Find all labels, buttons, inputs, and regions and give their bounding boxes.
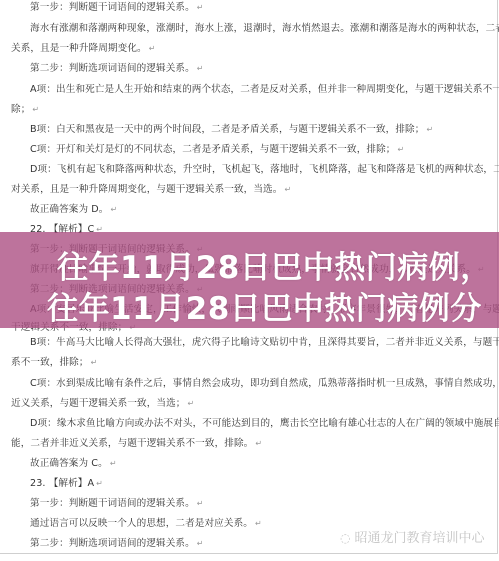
paragraph-mark-icon: ↵ [188, 399, 195, 408]
document-line-text: 海水有涨潮和落潮两种现象，涨潮时，海水上涨，退潮时，海水悄然退去。涨潮和潮落是海… [30, 23, 499, 34]
document-line: 第二步：判断选项词语间的逻辑关系。↵ [30, 538, 204, 550]
document-line: 除；↵ [11, 104, 39, 116]
document-line-text: 通过语言可以反映一个人的思想，二者是对应关系。 [30, 518, 253, 529]
paragraph-mark-icon: ↵ [149, 44, 156, 53]
document-line: 第一步：判断题干词语间的逻辑关系。↵ [30, 498, 204, 510]
document-line-text: D项：缘木求鱼比喻方向或办法不对头，不可能达到目的，鹰击长空比喻有雄心壮志的人在… [30, 418, 499, 429]
document-line-text: 近义关系，与题干逻辑关系一致，当选； [11, 398, 186, 409]
document-line: 系不一致，排除；↵ [11, 357, 97, 369]
document-line: B项：白天和黑夜是一天中的两个时间段，二者是矛盾关系，与题干逻辑关系不一致，排除… [30, 124, 433, 136]
document-line-text: 第二步：判断选项词语间的逻辑关系。 [30, 538, 195, 549]
document-line: D项：缘木求鱼比喻方向或办法不对头，不可能达到目的，鹰击长空比喻有雄心壮志的人在… [30, 418, 499, 430]
document-line: 23. 【解析】A↵ [30, 478, 103, 490]
paragraph-mark-icon: ↵ [111, 205, 118, 214]
paragraph-mark-icon: ↵ [197, 499, 204, 508]
document-line-text: B项：白天和黑夜是一天中的两个时间段，二者是矛盾关系，与题干逻辑关系不一致，排除… [30, 124, 424, 135]
document-line: 对关系，且是一种升降周期变化，与题干逻辑关系一致，当选。↵ [11, 184, 291, 196]
document-line-text: 23. 【解析】A [30, 478, 94, 489]
document-line: 能，二者并非近义关系，与题干逻辑关系不一致，排除。↵ [11, 438, 262, 450]
paragraph-mark-icon: ↵ [255, 439, 262, 448]
paragraph-mark-icon: ↵ [197, 539, 204, 548]
document-line-text: B项：牛高马大比喻人长得高大强壮，虎穴得子比喻诗文贴切中肯，且深得其要旨，二者并… [30, 337, 499, 348]
paragraph-mark-icon: ↵ [96, 479, 103, 488]
paragraph-mark-icon: ↵ [397, 145, 404, 154]
document-line-text: 关系，且是一种升降周期变化。 [11, 43, 147, 54]
document-line-text: C项：水到渠成比喻有条件之后，事情自然会成功，即功到自然成，瓜熟蒂落指时机一旦成… [30, 378, 499, 389]
document-line: 关系，且是一种升降周期变化。↵ [11, 43, 156, 55]
document-line: 第一步：判断题干词语间的逻辑关系。↵ [30, 2, 204, 14]
paragraph-mark-icon: ↵ [110, 459, 117, 468]
wechat-icon: ◌ [340, 531, 350, 545]
paragraph-mark-icon: ↵ [255, 519, 262, 528]
document-line-text: 故正确答案为 D。 [30, 204, 109, 215]
document-line: 海水有涨潮和落潮两种现象，涨潮时，海水上涨，退潮时，海水悄然退去。涨潮和潮落是海… [30, 23, 499, 35]
paragraph-mark-icon: ↵ [32, 105, 39, 114]
paragraph-mark-icon: ↵ [197, 64, 204, 73]
document-line-text: D项：飞机有起飞和降落两种状态，升空时，飞机起飞，落地时，飞机降落，起飞和降落是… [30, 164, 499, 175]
paragraph-mark-icon: ↵ [284, 185, 291, 194]
watermark-text: 昭通龙门教育培训中心 [354, 531, 484, 546]
document-line-text: 系不一致，排除； [11, 357, 89, 368]
document-line: 故正确答案为 C。↵ [30, 458, 117, 470]
paragraph-mark-icon: ↵ [426, 125, 433, 134]
document-line: 故正确答案为 D。↵ [30, 204, 117, 216]
document-line: 近义关系，与题干逻辑关系一致，当选；↵ [11, 398, 194, 410]
document-line: 通过语言可以反映一个人的思想，二者是对应关系。↵ [30, 518, 262, 530]
document-line: C项：开灯和关灯是灯的不同状态，二者是矛盾关系，与题干逻辑关系不一致，排除；↵ [30, 144, 404, 156]
document-line-text: A项：出生和死亡是人生开始和结束的两个状态，二者是反对关系，但并非一种周期变化，… [30, 84, 499, 95]
document-line-text: 第一步：判断题干词语间的逻辑关系。 [30, 498, 195, 509]
paragraph-mark-icon: ↵ [197, 3, 204, 12]
document-line-text: 对关系，且是一种升降周期变化，与题干逻辑关系一致，当选。 [11, 184, 282, 195]
paragraph-mark-icon: ↵ [91, 358, 98, 367]
document-line-text: C项：开灯和关灯是灯的不同状态，二者是矛盾关系，与题干逻辑关系不一致，排除； [30, 144, 395, 155]
document-line: 第二步：判断选项词语间的逻辑关系。↵ [30, 63, 204, 75]
document-line: D项：飞机有起飞和降落两种状态，升空时，飞机起飞，落地时，飞机降落，起飞和降落是… [30, 164, 499, 176]
document-line: C项：水到渠成比喻有条件之后，事情自然会成功，即功到自然成，瓜熟蒂落指时机一旦成… [30, 378, 499, 390]
document-line-text: 除； [11, 104, 30, 115]
document-line-text: 能，二者并非近义关系，与题干逻辑关系不一致，排除。 [11, 438, 253, 449]
document-line-text: 第一步：判断题干词语间的逻辑关系。 [30, 2, 195, 13]
document-line-text: 故正确答案为 C。 [30, 458, 108, 469]
document-line: A项：出生和死亡是人生开始和结束的两个状态，二者是反对关系，但并非一种周期变化，… [30, 84, 499, 96]
document-line: B项：牛高马大比喻人长得高大强壮，虎穴得子比喻诗文贴切中肯，且深得其要旨，二者并… [30, 337, 499, 349]
overlay-title-line-2: 往年11月28日巴中热门病例分 [47, 283, 482, 328]
watermark: ◌昭通龙门教育培训中心 [340, 527, 485, 546]
document-line-text: 第二步：判断选项词语间的逻辑关系。 [30, 63, 195, 74]
overlay-title-line-1: 往年11月28日巴中热门病例， [57, 242, 492, 287]
title-overlay-banner: 往年11月28日巴中热门病例， 往年11月28日巴中热门病例分 [0, 232, 499, 328]
